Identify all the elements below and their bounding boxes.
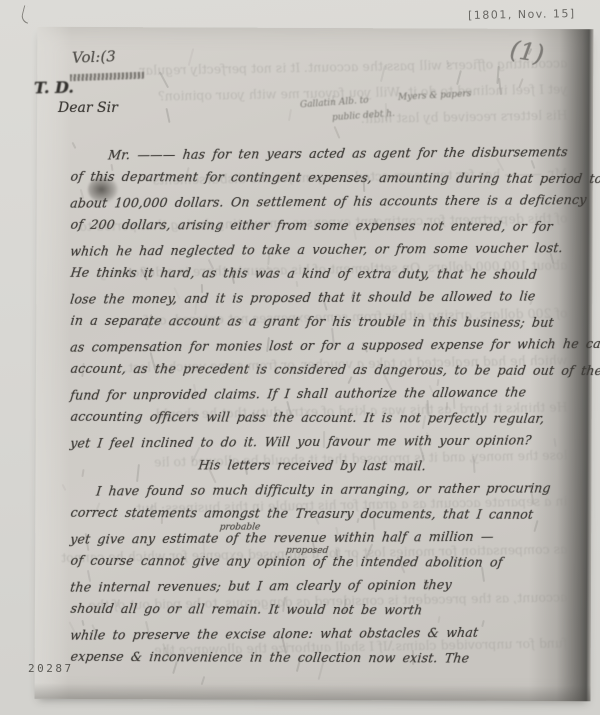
manuscript-line: correct statements amongst the Treasury … xyxy=(69,505,577,531)
page-bottom-shadow xyxy=(35,683,591,701)
manuscript-line: about 100,000 dollars. On settlement of … xyxy=(68,192,576,220)
manuscript-line: in a separate account as a grant for his… xyxy=(69,313,577,339)
ink-smudge xyxy=(88,176,118,203)
manuscript-line: lose the money, and it is proposed that … xyxy=(68,288,576,316)
initials-annotation: T. D. xyxy=(34,78,74,98)
salutation: Dear Sir xyxy=(58,100,118,116)
manuscript-line: the internal revenues; but I am clearly … xyxy=(68,576,576,604)
manuscript-line: as compensation for monies lost or for a… xyxy=(68,336,576,364)
manuscript-line: He thinks it hard, as this was a kind of… xyxy=(69,265,577,291)
manuscript-line: I have found so much difficulty in arran… xyxy=(68,480,576,508)
interlined-word: probable xyxy=(219,522,261,532)
manuscript-line: of this department for contingent expens… xyxy=(69,169,577,195)
manuscript-line: accounting officers will pass the accoun… xyxy=(69,409,577,435)
manuscript-line: His letters received by last mail. xyxy=(69,457,577,483)
manuscript-line: Mr. ——— has for ten years acted as agent… xyxy=(68,144,576,172)
manuscript-line: account, as the precedent is considered … xyxy=(69,361,577,387)
interlined-word: proposed xyxy=(285,546,329,556)
manuscript-line: which he had neglected to take a voucher… xyxy=(68,240,576,268)
manuscript-line: while to preserve the excise alone: what… xyxy=(68,624,576,652)
archive-number-stamp: 20287 xyxy=(28,662,74,675)
page-number-annotation: (1) xyxy=(508,36,546,69)
letter-body: Mr. ——— has for ten years acted as agent… xyxy=(70,146,575,674)
manuscript-line: of 200 dollars, arising either from some… xyxy=(69,217,577,243)
manuscript-line-text: yet give any estimate of the revenue wit… xyxy=(69,529,494,547)
document-scan: [1801, Nov. 15] accounting officers will… xyxy=(0,0,600,715)
manuscript-line: expense & inconvenience in the collectio… xyxy=(69,649,577,675)
stray-ink-mark xyxy=(20,5,32,23)
volume-annotation: Vol:(3 xyxy=(72,47,116,67)
manuscript-line: fund for unprovided claims. If I shall a… xyxy=(68,384,576,412)
manuscript-line: yet I feel inclined to do it. Will you f… xyxy=(68,432,576,460)
manuscript-line: of course cannot give any opinion of the… xyxy=(69,553,577,579)
date-inscription: [1801, Nov. 15] xyxy=(468,7,576,22)
manuscript-line: should all go or all remain. It would no… xyxy=(69,601,577,627)
